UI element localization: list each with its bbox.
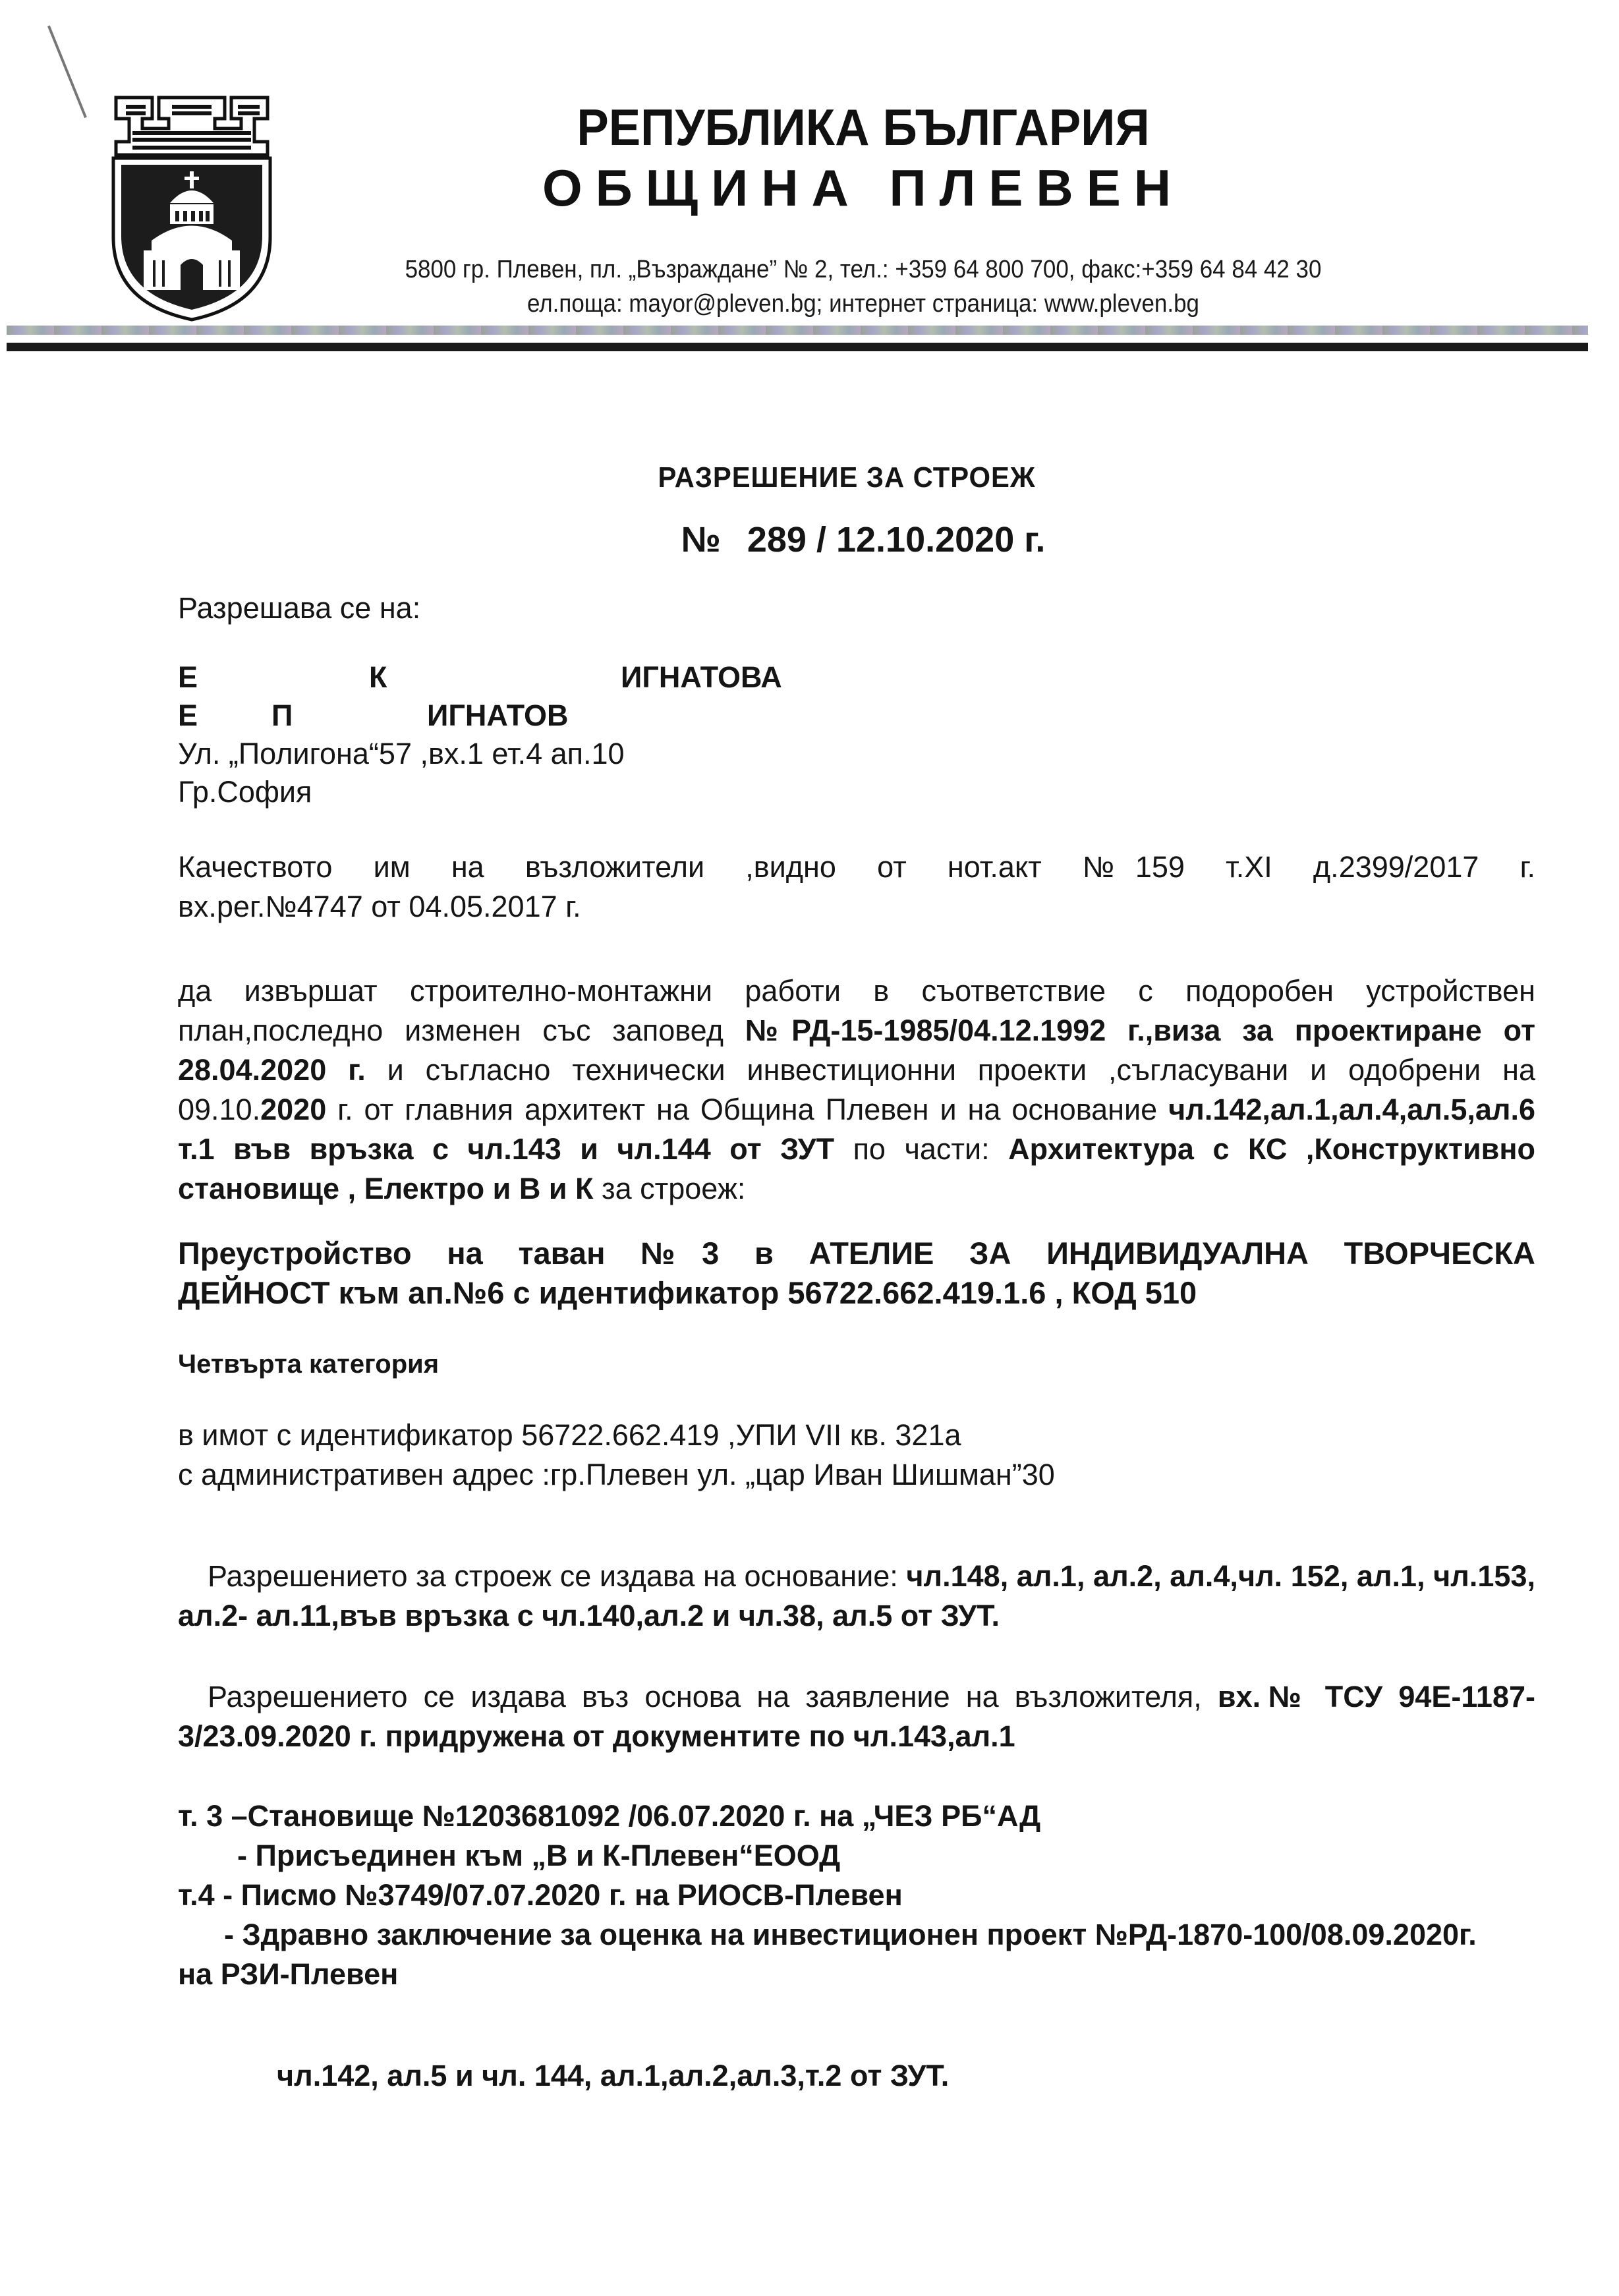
owner-street: Ул. „Полигона“57 ,вх.1 ет.4 ап.10: [178, 734, 625, 774]
permit-number-date: 289 / 12.10.2020 г.: [747, 520, 1045, 560]
letterhead-color-rule: [7, 326, 1588, 335]
owner-1-first-fragment: Е: [178, 658, 198, 697]
owner-2-middle-fragment: П: [271, 696, 293, 735]
property-info: в имот с идентификатор 56722.662.419 ,УП…: [178, 1416, 1055, 1495]
property-line-1: в имот с идентификатор 56722.662.419 ,УП…: [178, 1416, 1055, 1455]
letterhead-country: РЕПУБЛИКА БЪЛГАРИЯ: [532, 98, 1194, 158]
number-sign: №: [681, 520, 721, 560]
issue-basis: Разрешението за строеж се издава на осно…: [178, 1557, 1535, 1636]
works-text-3: г. от главния архитект на Община Плевен …: [326, 1093, 1168, 1126]
letterhead-address: 5800 гр. Плевен, пл. „Възраждане” № 2, т…: [348, 256, 1378, 284]
quality-line-2: вх.рег.№4747 от 04.05.2017 г.: [178, 887, 1535, 927]
issue-basis-lead: Разрешението за строеж се издава на осно…: [208, 1559, 906, 1593]
works-text-4: по части:: [834, 1132, 1008, 1166]
document-title: РАЗРЕШЕНИЕ ЗА СТРОЕЖ: [543, 461, 1150, 494]
property-line-2: с административен адрес :гр.Плевен ул. „…: [178, 1455, 1055, 1495]
attachment-item: - Здравно заключение за оценка на инвест…: [178, 1915, 1477, 1955]
application-basis: Разрешението се издава въз основа на зая…: [178, 1677, 1535, 1756]
construction-category: Четвърта категория: [178, 1344, 439, 1384]
construction-subject: Преустройство на таван №3 в АТЕЛИЕ ЗА ИН…: [178, 1234, 1535, 1313]
owner-1-middle-fragment: К: [369, 658, 387, 697]
works-text-5: за строеж:: [593, 1172, 745, 1205]
scan-artifact-line: [47, 26, 87, 119]
attachment-item: т.4 - Писмо №3749/07.07.2020 г. на РИОСВ…: [178, 1876, 1477, 1915]
owner-city: Гр.София: [178, 772, 312, 812]
owner-2-surname: ИГНАТОВ: [427, 696, 568, 735]
letterhead-contact: ел.поща: mayor@pleven.bg; интернет стран…: [348, 290, 1378, 318]
works-year: 2020: [260, 1093, 326, 1126]
subject-line-2: ДЕЙНОСТ към ап.№6 с идентификатор 56722.…: [178, 1273, 1535, 1313]
owner-quality: Качеството им на възложители ,видно от н…: [178, 847, 1535, 927]
quality-line-1: Качеството им на възложители ,видно от н…: [178, 847, 1535, 887]
application-basis-lead: Разрешението се издава въз основа на зая…: [208, 1680, 1218, 1713]
attachment-item: т. 3 –Становище №1203681092 /06.07.2020 …: [178, 1796, 1477, 1836]
grant-intro: Разрешава се на:: [178, 588, 420, 628]
final-legal-basis: чл.142, ал.5 и чл. 144, ал.1,ал.2,ал.3,т…: [277, 2056, 949, 2096]
letterhead-municipality: ОБЩИНА ПЛЕВЕН: [507, 158, 1219, 218]
attachment-item: на РЗИ-Плевен: [178, 1955, 1477, 1994]
pleven-coat-of-arms-icon: [109, 92, 274, 323]
document-number: №289 / 12.10.2020 г.: [593, 519, 1133, 560]
attachment-item: - Присъединен към „В и К-Плевен“ЕООД: [178, 1836, 1477, 1876]
works-paragraph: да извършат строително-монтажни работи в…: [178, 971, 1535, 1209]
owner-2-first-fragment: Е: [178, 696, 198, 735]
subject-line-1: Преустройство на таван №3 в АТЕЛИЕ ЗА ИН…: [178, 1234, 1535, 1273]
owner-1-surname: ИГНАТОВА: [621, 658, 782, 697]
letterhead-black-rule: [7, 343, 1588, 351]
attachments-list: т. 3 –Становище №1203681092 /06.07.2020 …: [178, 1796, 1477, 1994]
